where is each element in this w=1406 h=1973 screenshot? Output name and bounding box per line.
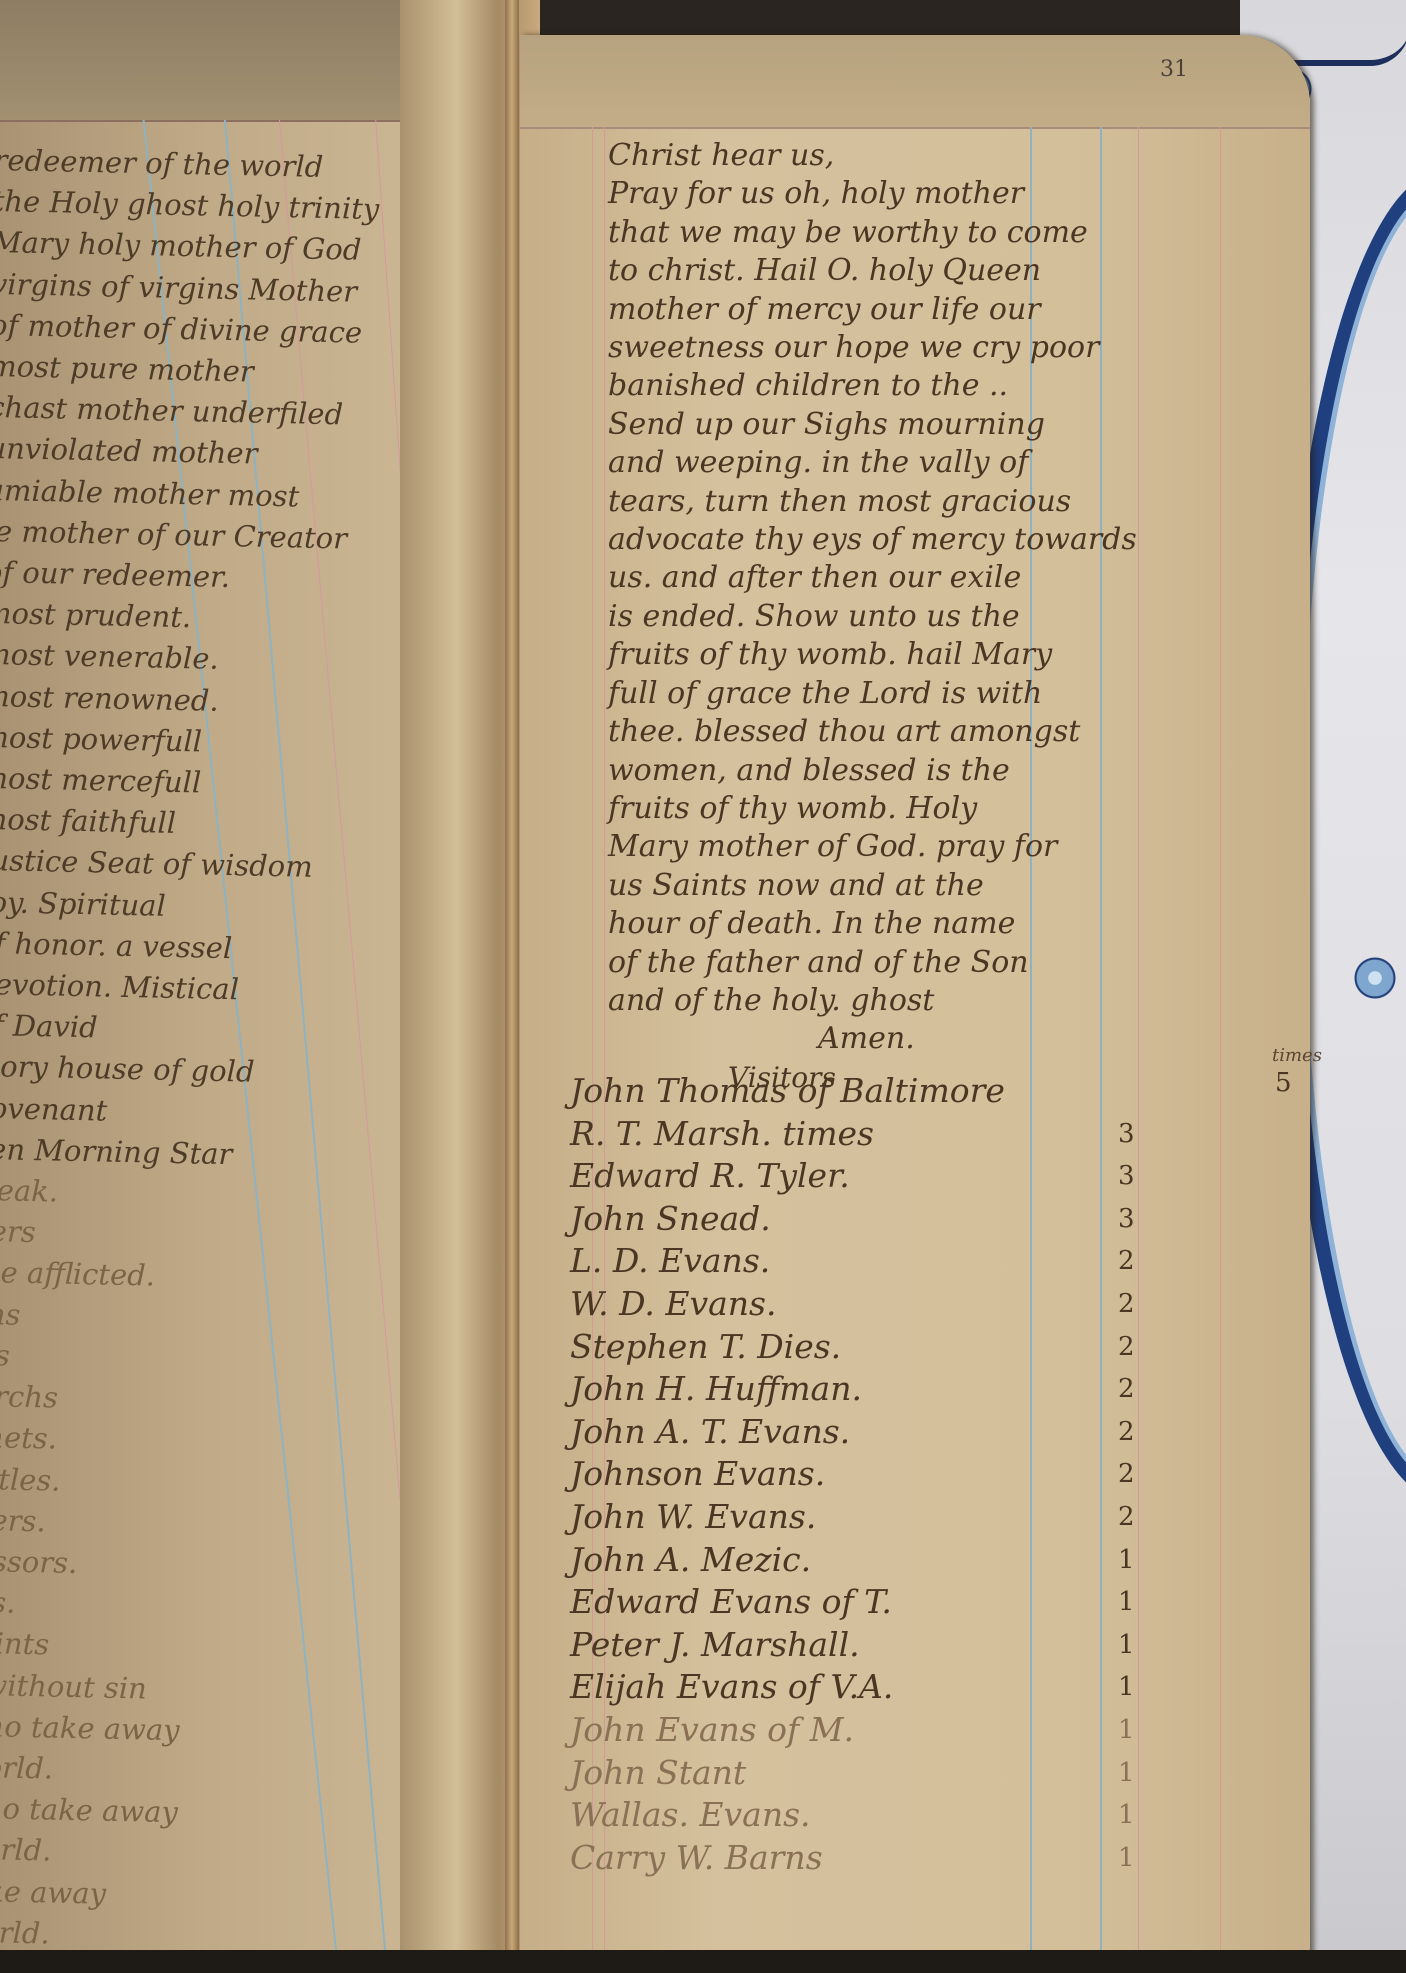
visitor-row: John Evans of M.1	[570, 1709, 1290, 1752]
visit-count: 1	[1118, 1794, 1135, 1836]
visit-count: 2	[1118, 1411, 1135, 1453]
book-spine-crease	[505, 0, 519, 1973]
visitor-name: John Evans of M.	[570, 1709, 854, 1751]
prayer-text: Christ hear us,Pray for us oh, holy moth…	[608, 137, 1288, 1097]
visitor-name: John A. Mezic.	[570, 1539, 811, 1581]
prayer-line: Pray for us oh, holy mother	[608, 175, 1288, 213]
visitor-name: John H. Huffman.	[570, 1368, 862, 1410]
visit-count: 3	[1118, 1198, 1135, 1240]
visit-count: 1	[1118, 1709, 1135, 1751]
visitor-name: Edward Evans of T.	[570, 1581, 892, 1623]
prayer-line: women, and blessed is the	[608, 752, 1288, 790]
visitor-name: Edward R. Tyler.	[570, 1155, 850, 1197]
visitor-name: Stephen T. Dies.	[570, 1326, 841, 1368]
visitor-row: L. D. Evans.2	[570, 1240, 1290, 1283]
visit-count: 2	[1118, 1453, 1135, 1495]
right-page: 31 Christ hear us,Pray for us oh, holy m…	[520, 35, 1310, 1955]
prayer-line: of the father and of the Son	[608, 944, 1288, 982]
visitor-row: Wallas. Evans.1	[570, 1794, 1290, 1837]
prayer-line: us. and after then our exile	[608, 559, 1288, 597]
visit-count: 3	[1118, 1155, 1135, 1197]
prayer-line: and of the holy. ghost	[608, 982, 1288, 1020]
litany-line: take away	[0, 1870, 428, 1921]
prayer-line: that we may be worthy to come	[608, 214, 1288, 252]
visitor-name: John Snead.	[570, 1198, 771, 1240]
visitor-row: Elijah Evans of V.A.1	[570, 1666, 1290, 1709]
visit-count: 1	[1118, 1581, 1135, 1623]
visitor-row: John Stant1	[570, 1752, 1290, 1795]
visitor-row: Edward Evans of T.1	[570, 1581, 1290, 1624]
visit-count: 2	[1118, 1368, 1135, 1410]
visit-count: 1	[1118, 1837, 1135, 1879]
visit-count: 1	[1118, 1539, 1135, 1581]
prayer-line: Mary mother of God. pray for	[608, 828, 1288, 866]
visitor-row: Johnson Evans.2	[570, 1453, 1290, 1496]
visitor-row: John Thomas of Baltimore5	[570, 1070, 1290, 1113]
prayer-line: Send up our Sighs mourning	[608, 406, 1288, 444]
visit-count: 5	[1275, 1062, 1292, 1104]
visitor-row: Edward R. Tyler.3	[570, 1155, 1290, 1198]
visitor-name: L. D. Evans.	[570, 1240, 770, 1282]
visit-count: 2	[1118, 1326, 1135, 1368]
page-number: 31	[1160, 57, 1188, 82]
prayer-line: us Saints now and at the	[608, 867, 1288, 905]
visitor-row: John W. Evans.2	[570, 1496, 1290, 1539]
prayer-line: full of grace the Lord is with	[608, 675, 1288, 713]
prayer-line: Christ hear us,	[608, 137, 1288, 175]
visitor-row: Peter J. Marshall.1	[570, 1624, 1290, 1667]
amen: Amen.	[608, 1020, 1288, 1058]
visitor-name: John Stant	[570, 1752, 746, 1794]
litany-line: who take away	[0, 1705, 431, 1756]
visitor-name: W. D. Evans.	[570, 1283, 776, 1325]
prayer-lines: Christ hear us,Pray for us oh, holy moth…	[608, 137, 1288, 1020]
visitor-row: John A. T. Evans.2	[570, 1411, 1290, 1454]
visitor-name: Peter J. Marshall.	[570, 1624, 860, 1666]
visit-count: 2	[1118, 1283, 1135, 1325]
litany-text: redeemer of the worldthe Holy ghost holy…	[0, 140, 464, 1962]
visitor-name: Elijah Evans of V.A.	[570, 1666, 893, 1708]
prayer-line: banished children to the ..	[608, 367, 1288, 405]
table-surface	[0, 1950, 1406, 1973]
visitor-row: John A. Mezic.1	[570, 1539, 1290, 1582]
visit-count: 3	[1118, 1113, 1135, 1155]
right-page-header-band: 31	[520, 35, 1310, 129]
visitor-row: W. D. Evans.2	[570, 1283, 1290, 1326]
visit-count: 1	[1118, 1752, 1135, 1794]
prayer-line: fruits of thy womb. hail Mary	[608, 636, 1288, 674]
prayer-line: is ended. Show unto us the	[608, 598, 1288, 636]
prayer-line: advocate thy eys of mercy towards	[608, 521, 1288, 559]
prayer-line: tears, turn then most gracious	[608, 483, 1288, 521]
visitor-name: Johnson Evans.	[570, 1453, 825, 1495]
visit-count: 1	[1118, 1666, 1135, 1708]
visitor-name: John W. Evans.	[570, 1496, 816, 1538]
visitor-row: John H. Huffman.2	[570, 1368, 1290, 1411]
visit-count: 1	[1118, 1624, 1135, 1666]
prayer-line: and weeping. in the vally of	[608, 444, 1288, 482]
prayer-line: mother of mercy our life our	[608, 291, 1288, 329]
prayer-line: thee. blessed thou art amongst	[608, 713, 1288, 751]
visitor-name: John A. T. Evans.	[570, 1411, 850, 1453]
visitor-row: R. T. Marsh. times3	[570, 1113, 1290, 1156]
visit-count: 2	[1118, 1496, 1135, 1538]
visitor-name: John Thomas of Baltimore	[570, 1070, 1005, 1112]
visitor-name: Wallas. Evans.	[570, 1794, 811, 1836]
prayer-line: to christ. Hail O. holy Queen	[608, 252, 1288, 290]
visitors-list: John Thomas of Baltimore5R. T. Marsh. ti…	[570, 1070, 1290, 1879]
prayer-line: hour of death. In the name	[608, 905, 1288, 943]
visitor-row: Stephen T. Dies.2	[570, 1326, 1290, 1369]
visit-count: 2	[1118, 1240, 1135, 1282]
visitor-row: Carry W. Barns1	[570, 1837, 1290, 1880]
visitor-name: R. T. Marsh. times	[570, 1113, 874, 1155]
prayer-line: fruits of thy womb. Holy	[608, 790, 1288, 828]
visitor-row: John Snead.3	[570, 1198, 1290, 1241]
book-gutter	[400, 0, 540, 1973]
visitor-name: Carry W. Barns	[570, 1837, 823, 1879]
prayer-line: sweetness our hope we cry poor	[608, 329, 1288, 367]
plate-flower-icon	[1352, 955, 1398, 1001]
